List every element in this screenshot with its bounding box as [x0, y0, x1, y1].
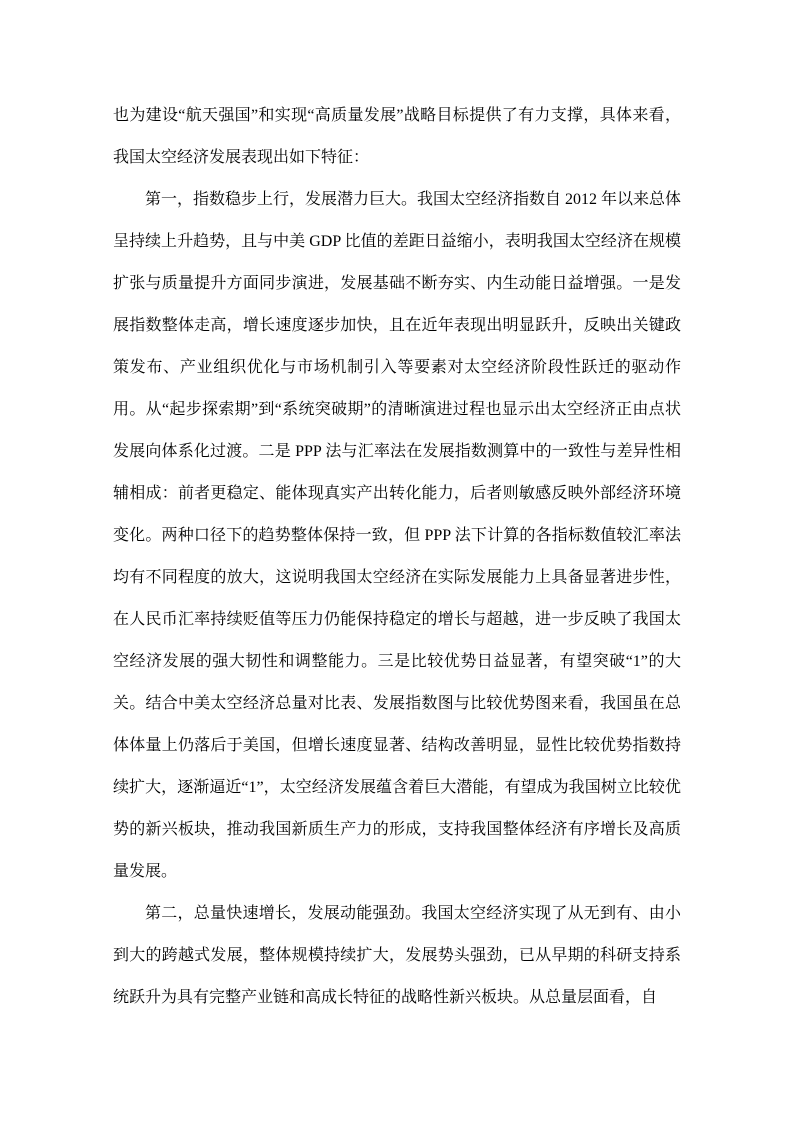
- paragraph-first-point: 第一，指数稳步上行，发展潜力巨大。我国太空经济指数自 2012 年以来总体呈持续…: [113, 179, 681, 893]
- document-page: 也为建设“航天强国”和实现“高质量发展”战略目标提供了有力支撑，具体来看，我国太…: [0, 0, 794, 1123]
- paragraph-continuation: 也为建设“航天强国”和实现“高质量发展”战略目标提供了有力支撑，具体来看，我国太…: [113, 95, 681, 179]
- paragraph-second-point: 第二，总量快速增长，发展动能强劲。我国太空经济实现了从无到有、由小到大的跨越式发…: [113, 893, 681, 1019]
